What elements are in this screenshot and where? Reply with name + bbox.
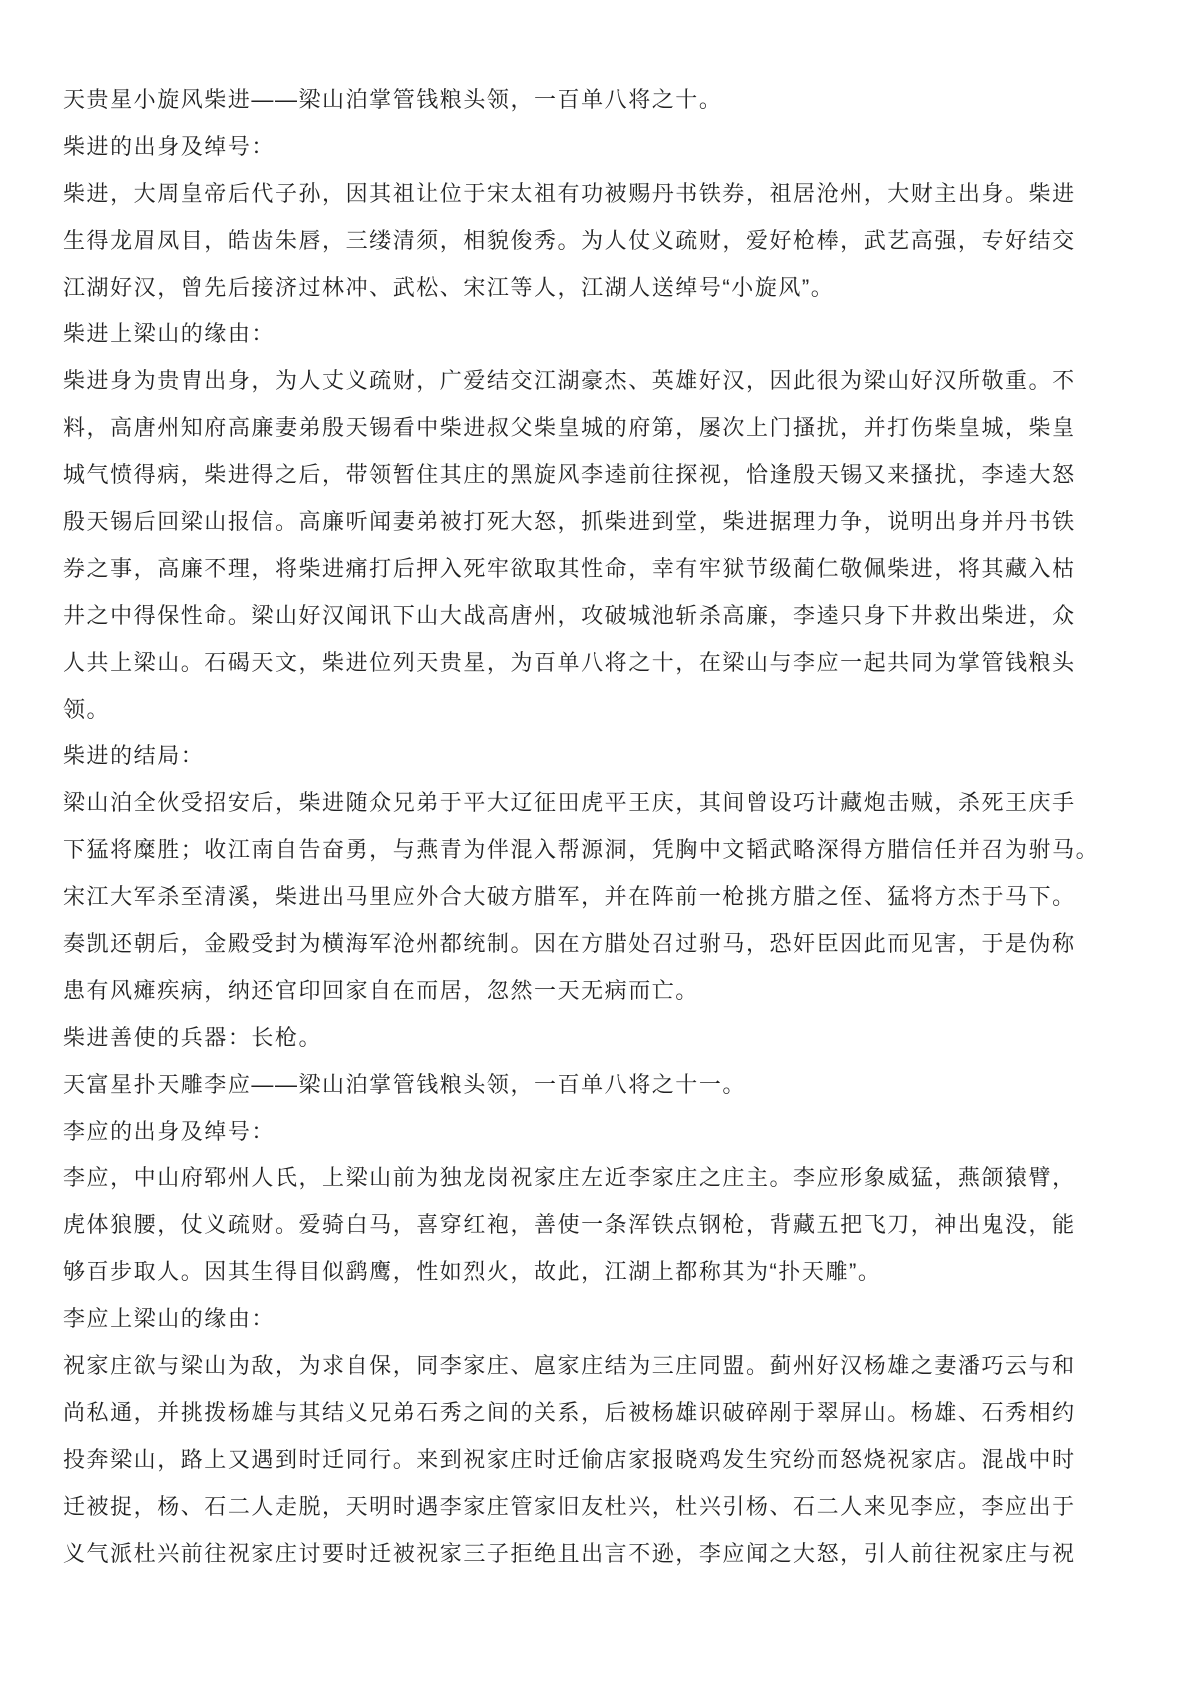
text-line: 柴进身为贵胄出身，为人丈义疏财，广爱结交江湖豪杰、英雄好汉，因此很为梁山好汉所敬… <box>63 358 1135 405</box>
text-line: 天贵星小旋风柴进——梁山泊掌管钱粮头领，一百单八将之十。 <box>63 77 1135 124</box>
text-line: 柴进上梁山的缘由： <box>63 311 1135 358</box>
text-line: 殷天锡后回梁山报信。高廉听闻妻弟被打死大怒，抓柴进到堂，柴进据理力争，说明出身并… <box>63 499 1135 546</box>
text-line: 奏凯还朝后，金殿受封为横海军沧州都统制。因在方腊处召过驸马，恐奸臣因此而见害，于… <box>63 921 1135 968</box>
text-line: 料，高唐州知府高廉妻弟殷天锡看中柴进叔父柴皇城的府第，屡次上门搔扰，并打伤柴皇城… <box>63 405 1135 452</box>
text-line: 人共上梁山。石碣天文，柴进位列天贵星，为百单八将之十，在梁山与李应一起共同为掌管… <box>63 640 1135 687</box>
text-line: 迁被捉，杨、石二人走脱，天明时遇李家庄管家旧友杜兴，杜兴引杨、石二人来见李应，李… <box>63 1484 1135 1531</box>
text-line: 领。 <box>63 687 1135 734</box>
text-line: 宋江大军杀至清溪，柴进出马里应外合大破方腊军，并在阵前一枪挑方腊之侄、猛将方杰于… <box>63 874 1135 921</box>
text-line: 投奔梁山，路上又遇到时迁同行。来到祝家庄时迁偷店家报晓鸡发生究纷而怒烧祝家店。混… <box>63 1437 1135 1484</box>
text-line: 李应上梁山的缘由： <box>63 1296 1135 1343</box>
text-line: 井之中得保性命。梁山好汉闻讯下山大战高唐州，攻破城池斩杀高廉，李逵只身下井救出柴… <box>63 593 1135 640</box>
document-text-block: 天贵星小旋风柴进——梁山泊掌管钱粮头领，一百单八将之十。柴进的出身及绰号：柴进，… <box>63 77 1135 1578</box>
text-line: 梁山泊全伙受招安后，柴进随众兄弟于平大辽征田虎平王庆，其间曾设巧计藏炮击贼，杀死… <box>63 780 1135 827</box>
text-line: 生得龙眉凤目，皓齿朱唇，三缕清须，相貌俊秀。为人仗义疏财，爱好枪棒，武艺高强，专… <box>63 218 1135 265</box>
text-line: 李应，中山府郓州人氏，上梁山前为独龙岗祝家庄左近李家庄之庄主。李应形象威猛，燕颌… <box>63 1155 1135 1202</box>
text-line: 李应的出身及绰号： <box>63 1109 1135 1156</box>
text-line: 义气派杜兴前往祝家庄讨要时迁被祝家三子拒绝且出言不逊，李应闻之大怒，引人前往祝家… <box>63 1531 1135 1578</box>
text-line: 江湖好汉，曾先后接济过林冲、武松、宋江等人，江湖人送绰号“小旋风”。 <box>63 265 1135 312</box>
text-line: 虎体狼腰，仗义疏财。爱骑白马，喜穿红袍，善使一条浑铁点钢枪，背藏五把飞刀，神出鬼… <box>63 1202 1135 1249</box>
text-line: 患有风瘫疾病，纳还官印回家自在而居，忽然一天无病而亡。 <box>63 968 1135 1015</box>
text-line: 城气愤得病，柴进得之后，带领暂住其庄的黑旋风李逵前往探视，恰逢殷天锡又来搔扰，李… <box>63 452 1135 499</box>
text-line: 柴进善使的兵器：长枪。 <box>63 1015 1135 1062</box>
text-line: 下猛将糜胜；收江南自告奋勇，与燕青为伴混入帮源洞，凭胸中文韬武略深得方腊信任并召… <box>63 827 1135 874</box>
text-line: 柴进，大周皇帝后代子孙，因其祖让位于宋太祖有功被赐丹书铁券，祖居沧州，大财主出身… <box>63 171 1135 218</box>
text-line: 祝家庄欲与梁山为敌，为求自保，同李家庄、扈家庄结为三庄同盟。蓟州好汉杨雄之妻潘巧… <box>63 1343 1135 1390</box>
text-line: 尚私通，并挑拨杨雄与其结义兄弟石秀之间的关系，后被杨雄识破碎剐于翠屏山。杨雄、石… <box>63 1390 1135 1437</box>
text-line: 柴进的结局： <box>63 733 1135 780</box>
text-line: 券之事，高廉不理，将柴进痛打后押入死牢欲取其性命，幸有牢狱节级蔺仁敬佩柴进，将其… <box>63 546 1135 593</box>
text-line: 柴进的出身及绰号： <box>63 124 1135 171</box>
text-line: 天富星扑天雕李应——梁山泊掌管钱粮头领，一百单八将之十一。 <box>63 1062 1135 1109</box>
text-line: 够百步取人。因其生得目似鹞鹰，性如烈火，故此，江湖上都称其为“扑天雕”。 <box>63 1249 1135 1296</box>
document-page: 天贵星小旋风柴进——梁山泊掌管钱粮头领，一百单八将之十。柴进的出身及绰号：柴进，… <box>0 0 1191 1684</box>
